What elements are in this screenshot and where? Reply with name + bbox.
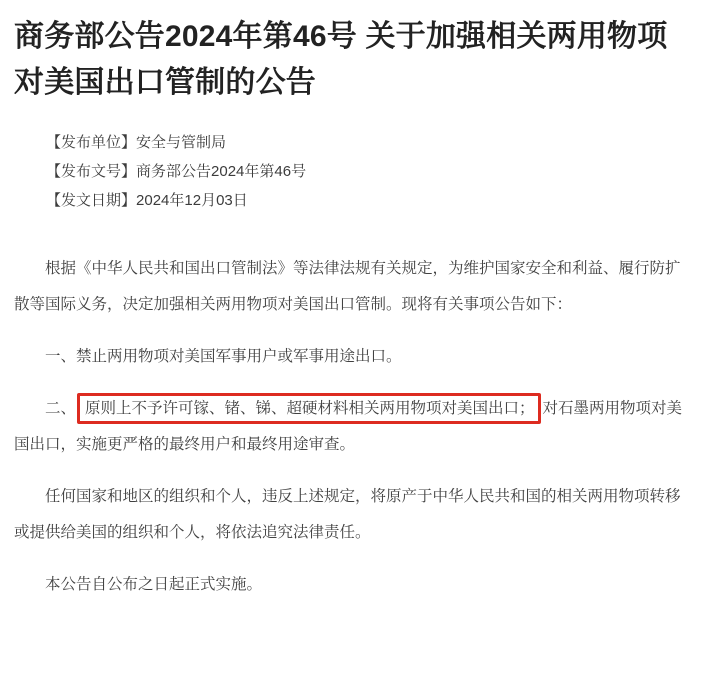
paragraph-item-one: 一、禁止两用物项对美国军事用户或军事用途出口。 bbox=[14, 339, 694, 375]
meta-value-issue-date: 2024年12月03日 bbox=[136, 192, 248, 209]
announcement-page: 商务部公告2024年第46号 关于加强相关两用物项 对美国出口管制的公告 【发布… bbox=[0, 14, 706, 603]
meta-label-document-number: 【发布文号】 bbox=[46, 163, 136, 180]
item-two-prefix: 二、 bbox=[45, 400, 76, 417]
page-title: 商务部公告2024年第46号 关于加强相关两用物项 对美国出口管制的公告 bbox=[14, 14, 694, 106]
meta-label-issue-date: 【发文日期】 bbox=[46, 192, 136, 209]
paragraph-item-two: 二、原则上不予许可镓、锗、锑、超硬材料相关两用物项对美国出口；对石墨两用物项对美… bbox=[14, 391, 694, 463]
meta-row-issuing-unit: 【发布单位】安全与管制局 bbox=[46, 128, 694, 157]
meta-value-document-number: 商务部公告2024年第46号 bbox=[136, 163, 306, 180]
meta-row-issue-date: 【发文日期】2024年12月03日 bbox=[46, 186, 694, 215]
red-annotation-box-highlighted-text: 原则上不予许可镓、锗、锑、超硬材料相关两用物项对美国出口； bbox=[77, 393, 541, 424]
meta-value-issuing-unit: 安全与管制局 bbox=[136, 134, 226, 151]
announcement-body: 根据《中华人民共和国出口管制法》等法律法规有关规定，为维护国家安全和利益、履行防… bbox=[14, 251, 694, 603]
paragraph-intro: 根据《中华人民共和国出口管制法》等法律法规有关规定，为维护国家安全和利益、履行防… bbox=[14, 251, 694, 323]
meta-block: 【发布单位】安全与管制局 【发布文号】商务部公告2024年第46号 【发文日期】… bbox=[14, 128, 694, 215]
paragraph-effective: 本公告自公布之日起正式实施。 bbox=[14, 567, 694, 603]
meta-label-issuing-unit: 【发布单位】 bbox=[46, 134, 136, 151]
paragraph-liability: 任何国家和地区的组织和个人，违反上述规定，将原产于中华人民共和国的相关两用物项转… bbox=[14, 479, 694, 551]
meta-row-document-number: 【发布文号】商务部公告2024年第46号 bbox=[46, 157, 694, 186]
